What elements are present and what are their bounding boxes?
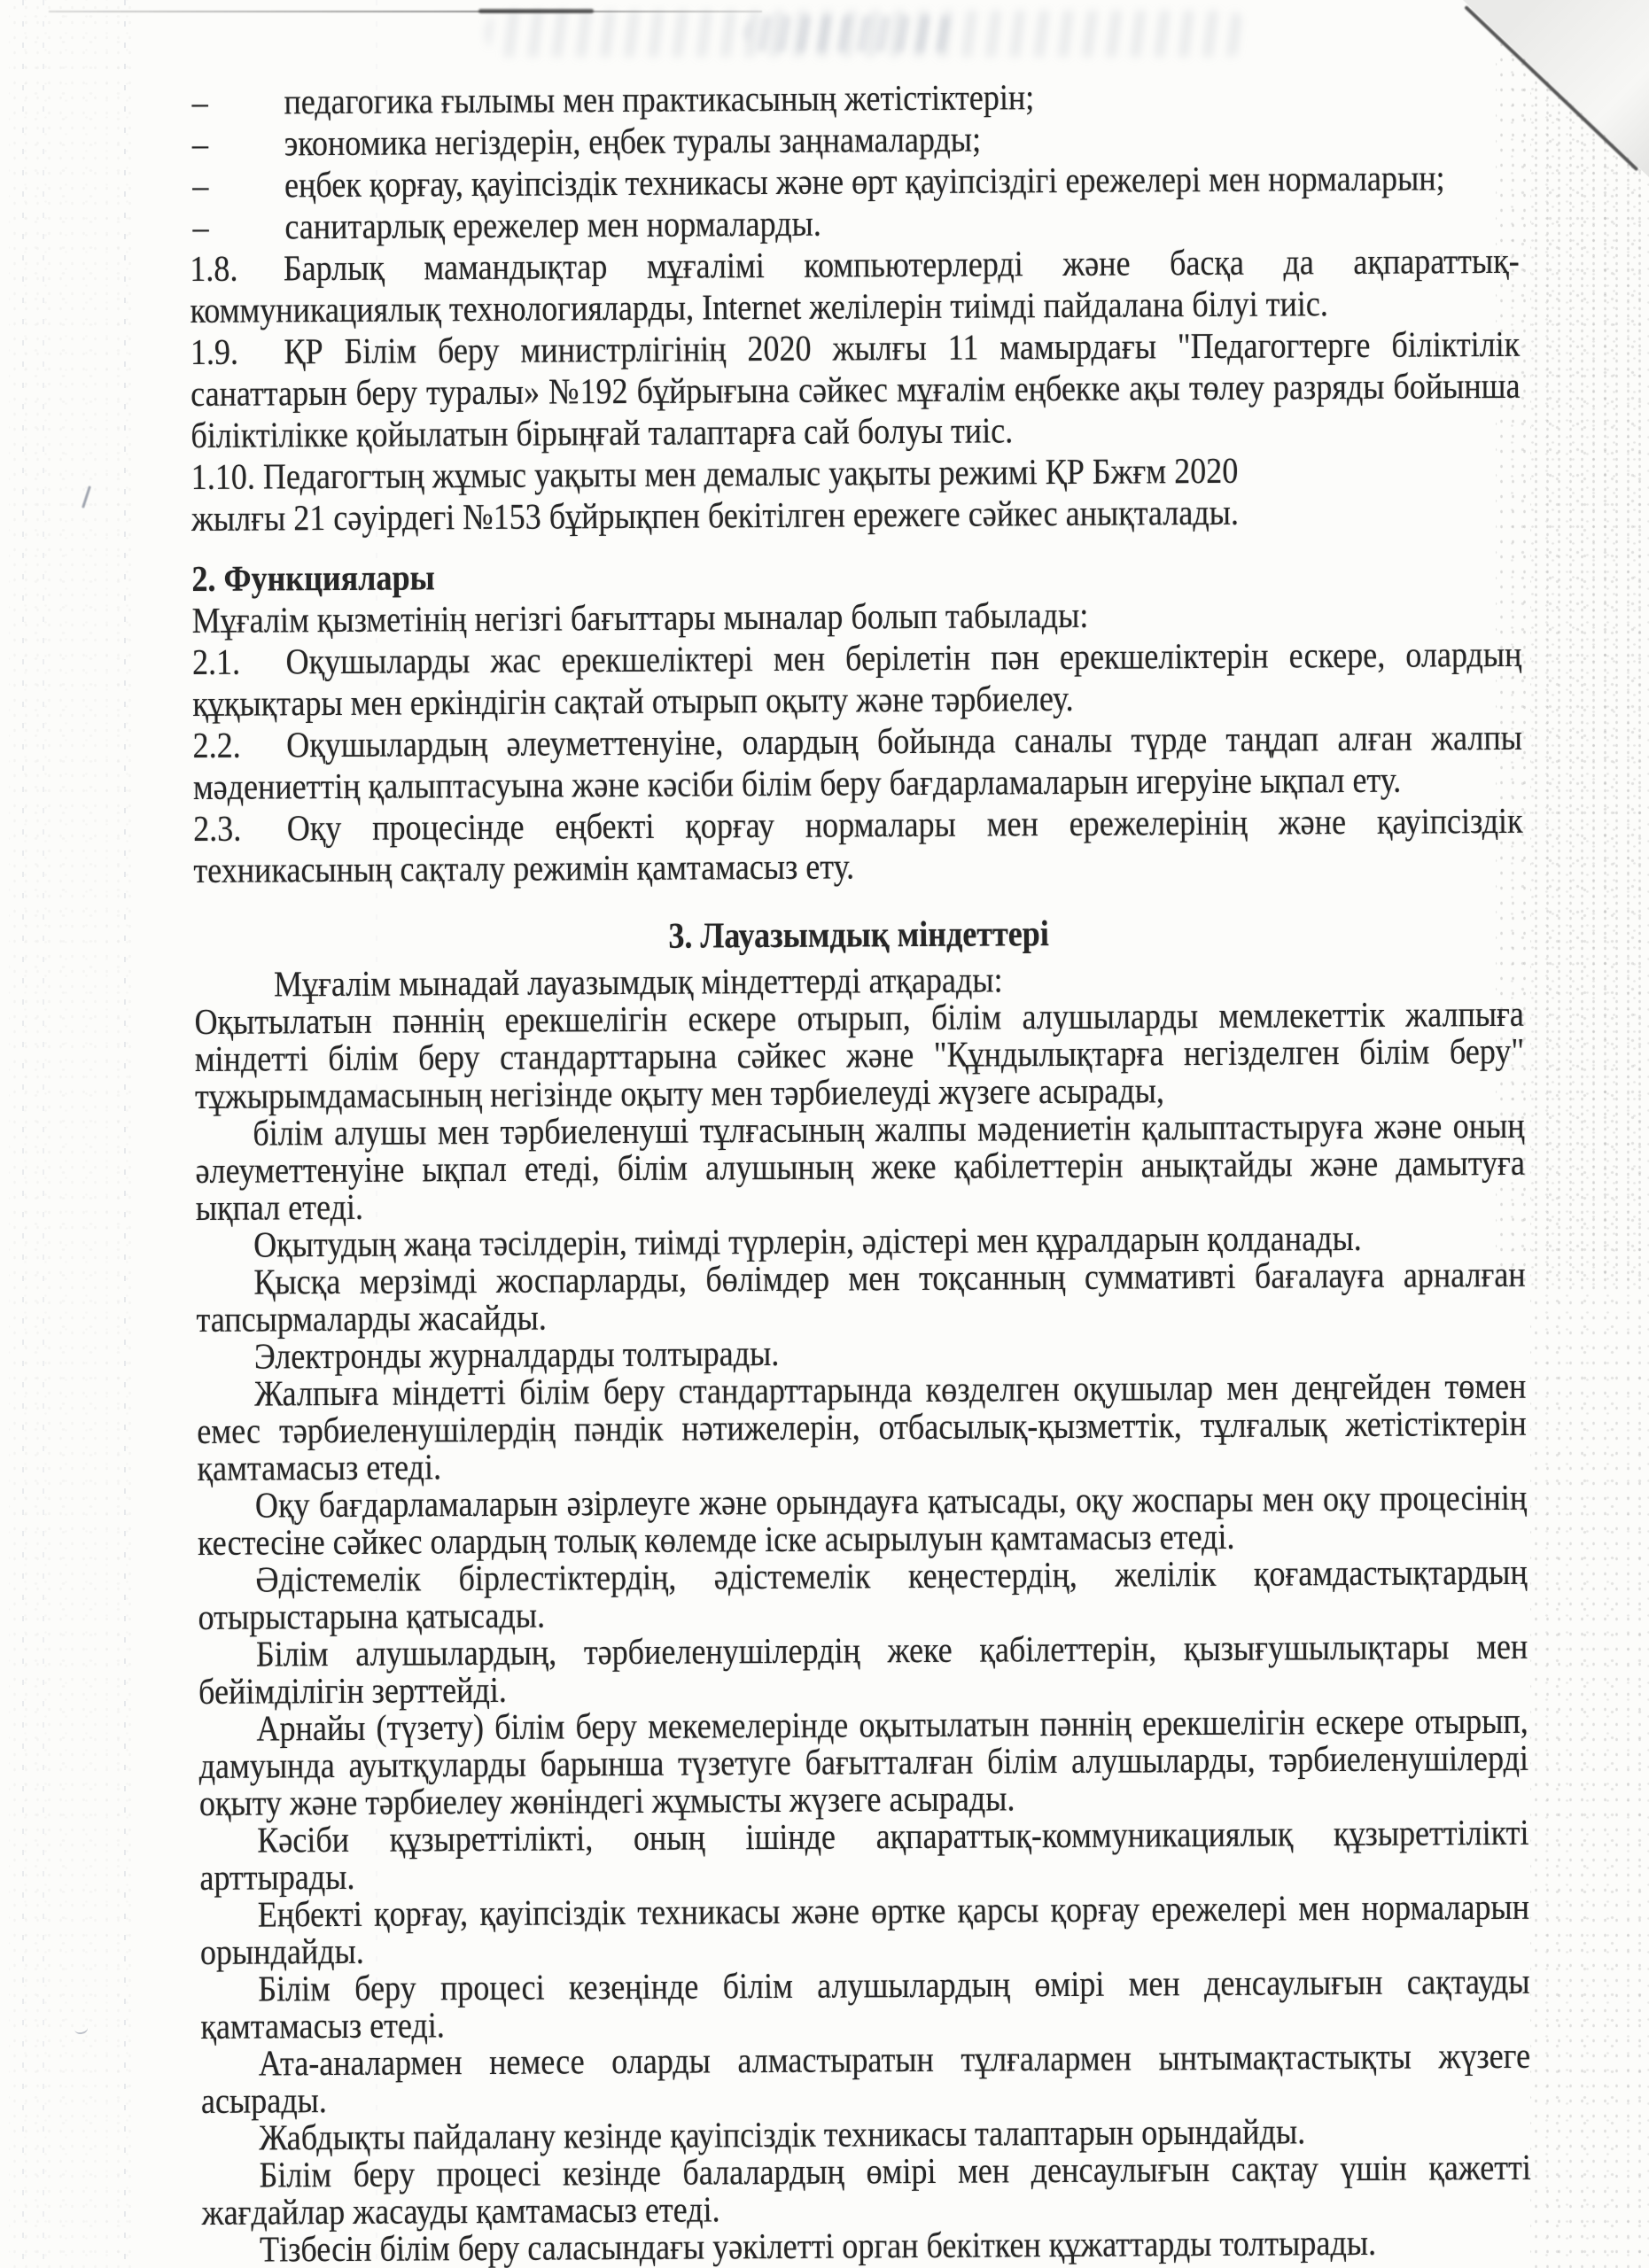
paragraph: 2.1.Оқушыларды жас ерекшеліктері мен бер… xyxy=(192,633,1522,725)
section-heading: 3. Лауазымдық міндеттері xyxy=(194,912,1524,957)
bullet-text: санитарлық ережелер мен нормаларды. xyxy=(284,203,821,247)
left-scan-streaks xyxy=(9,0,137,2268)
scan-line-artifact xyxy=(478,9,594,13)
clause-number: 2.1. xyxy=(192,641,286,683)
paragraph: Ата-аналармен немесе оларды алмастыратын… xyxy=(201,2037,1531,2119)
clause-text: Оқушылардың әлеуметтенуіне, олардың бойы… xyxy=(193,717,1522,807)
paragraph: 2.2.Оқушылардың әлеуметтенуіне, олардың … xyxy=(192,717,1522,808)
paragraph: білім алушы мен тәрбиеленуші тұлғасының … xyxy=(195,1107,1525,1226)
document-text: –педагогика ғылымы мен практикасының жет… xyxy=(189,74,1531,2268)
scan-noise-band xyxy=(1530,0,1649,2268)
bullet-text: педагогика ғылымы мен практикасының жеті… xyxy=(284,76,1034,121)
doc-section-duties: 3. Лауазымдық міндеттеріМұғалім мынадай … xyxy=(194,912,1532,2268)
bullet-dash: – xyxy=(192,165,208,206)
paragraph: 1.9.ҚР Білім беру министрлігінің 2020 жы… xyxy=(191,323,1521,456)
left-scan-streaks xyxy=(124,0,126,2268)
bullet-dash: – xyxy=(192,123,208,165)
doc-section-general: –педагогика ғылымы мен практикасының жет… xyxy=(189,74,1523,891)
clause-text: Оқу процесінде еңбекті қорғау нормалары … xyxy=(193,800,1522,890)
clause-number: 1.9. xyxy=(191,330,284,373)
paragraph: Арнайы (түзету) білім беру мекемелерінде… xyxy=(198,1702,1528,1821)
paragraph: Білім беру процесі кезеңінде білім алушы… xyxy=(200,1962,1530,2045)
bleed-through-artifact xyxy=(744,16,957,51)
paragraph: Оқу бағдарламаларын әзірлеуге және орынд… xyxy=(198,1479,1528,1561)
paragraph: Білім беру процесі кезінде балалардың өм… xyxy=(201,2148,1531,2231)
bullet-text: еңбек қорғау, қауіпсіздік техникасы және… xyxy=(284,157,1445,205)
paragraph: Оқытылатын пәннің ерекшелігін ескере оты… xyxy=(194,995,1524,1115)
clause-number: 2.2. xyxy=(192,724,286,766)
clause-text: Барлық мамандықтар мұғалімі компьютерлер… xyxy=(190,240,1519,330)
paragraph: 1.8.Барлық мамандықтар мұғалімі компьюте… xyxy=(190,240,1520,331)
clause-number: 2.3. xyxy=(193,807,287,850)
paragraph: Тізбесін білім беру саласындағы уәкілетт… xyxy=(202,2223,1532,2268)
paragraph: Әдістемелік бірлестіктердің, әдістемелік… xyxy=(198,1553,1528,1635)
bullet-dash: – xyxy=(192,206,208,248)
paragraph: –санитарлық ережелер мен нормаларды. xyxy=(190,198,1520,248)
pen-mark-artifact xyxy=(74,2023,89,2035)
bullet-text: экономика негіздерін, еңбек туралы заңна… xyxy=(284,119,982,164)
left-scan-streaks xyxy=(43,0,44,2268)
scanned-document-page: –педагогика ғылымы мен практикасының жет… xyxy=(0,0,1649,2268)
left-scan-streaks xyxy=(22,0,24,2268)
paragraph: Қысқа мерзімді жоспарларды, бөлімдер мен… xyxy=(196,1255,1526,1338)
paragraph: Жалпыға міндетті білім беру стандарттары… xyxy=(197,1367,1527,1487)
clause-text: ҚР Білім беру министрлігінің 2020 жылғы … xyxy=(191,323,1521,455)
paragraph: Білім алушылардың, тәрбиеленушілердің же… xyxy=(198,1627,1528,1710)
bullet-dash: – xyxy=(192,82,208,123)
paragraph: 1.10. Педагогтың жұмыс уақыты мен демалы… xyxy=(191,448,1521,540)
scan-line-artifact xyxy=(49,11,762,12)
pen-mark-artifact xyxy=(82,485,91,509)
bleed-through-artifact xyxy=(486,11,1248,57)
paragraph: Еңбекті қорғау, қауіпсіздік техникасы жә… xyxy=(200,1888,1530,1970)
paragraph: Кәсіби құзыреттілікті, оның ішінде ақпар… xyxy=(199,1814,1529,1896)
paragraph: 2.3.Оқу процесінде еңбекті қорғау нормал… xyxy=(193,800,1523,891)
clause-text: Оқушыларды жас ерекшеліктері мен берілет… xyxy=(192,633,1521,724)
clause-number: 1.8. xyxy=(190,247,284,290)
